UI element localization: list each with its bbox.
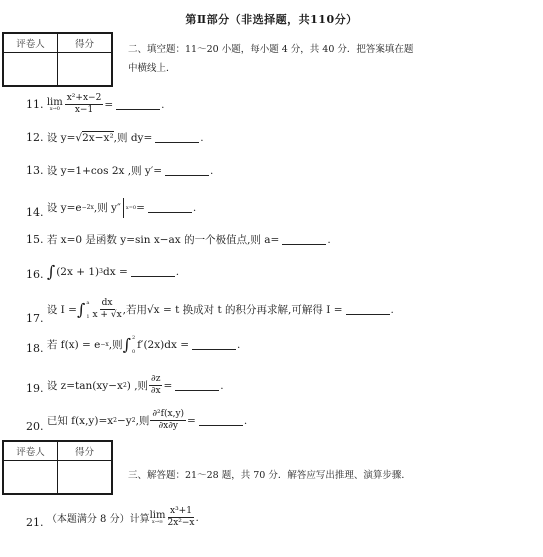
question-text: (2x + 1) [56,266,99,278]
grader-cell[interactable] [3,461,58,495]
question-20: 20. 已知 f(x,y)=x2−y2 ,则 ∂²f(x,y) ∂x∂y = . [26,408,247,433]
numerator: x²+x−2 [65,93,104,105]
equals: = [136,202,145,214]
limit-operator: limx→0 [47,98,63,112]
period: . [161,99,164,111]
denominator: 2x²−x [167,518,194,529]
section-2-line-2: 中横线上． [128,59,413,78]
question-18: 18. 若 f(x) = e−x ,则 ∫ 2 0 f′(2x)dx = . [26,334,240,355]
score-header: 得分 [58,33,113,53]
question-16: 16. ∫ (2x + 1)3 dx = . [26,262,179,281]
evaluation-bar [123,198,124,218]
radicand: 2x−x² [82,131,114,144]
question-number: 16. [26,268,44,281]
question-text: 设 I = [47,302,77,317]
answer-blank-19[interactable] [175,380,219,391]
limit-subscript: x→∞ [152,520,163,525]
denominator: x−1 [75,105,93,116]
numerator: dx [100,298,115,310]
question-number: 15. [26,233,44,246]
upper-limit: 2 [132,335,135,341]
grader-header: 评卷人 [3,441,58,461]
equals: = [187,415,196,427]
limit-subscript: x→0 [50,107,60,112]
answer-blank-12[interactable] [155,132,199,143]
integral-sign: ∫ [47,264,55,280]
question-text: ,则 dy= [114,130,153,145]
question-text: ,则 [136,413,150,428]
answer-blank-18[interactable] [192,339,236,350]
period: . [176,266,179,278]
period: . [200,132,203,144]
question-number: 20. [26,420,44,433]
grader-header: 评卷人 [3,33,58,53]
answer-blank-14[interactable] [148,202,192,213]
question-number: 13. [26,164,44,177]
question-number: 14. [26,206,44,219]
section-2-line-1: 二、填空题：11～20 小题，每小题 4 分，共 40 分．把答案填在题 [128,40,413,59]
question-text: （本题满分 8 分）计算 [47,510,150,525]
numerator: ∂²f(x,y) [150,409,186,421]
integral-sign: ∫ [123,337,131,353]
section-3-instructions: 三、解答题：21～28 题，共 70 分．解答应写出推理、演算步骤． [128,466,411,485]
answer-blank-16[interactable] [131,266,175,277]
section-2-instructions: 二、填空题：11～20 小题，每小题 4 分，共 40 分．把答案填在题 中横线… [128,40,413,78]
question-text: ) ,则 [127,378,148,393]
answer-blank-17[interactable] [346,304,390,315]
numerator: x³+1 [168,506,194,518]
limit-operator: limx→∞ [150,511,166,525]
grader-cell[interactable] [3,53,58,87]
exponent: −2x [82,204,94,211]
period: . [196,512,199,524]
question-17: 17. 设 I = ∫ a 1 dx x + √x ,若用√x = t 换成对 … [26,294,394,325]
equals: = [104,99,113,111]
question-number: 19. [26,382,44,395]
question-13: 13. 设 y=1+cos 2x ,则 y′= . [26,163,213,178]
question-text: 设 z=tan(xy−x [47,378,123,393]
period: . [327,234,330,246]
denominator: x + √x [93,310,122,321]
question-text: ,若用√x = t 换成对 t 的积分再求解,可解得 I = [123,302,343,317]
period: . [244,415,247,427]
answer-blank-11[interactable] [116,99,160,110]
question-number: 11. [26,98,44,111]
question-text: 已知 f(x,y)=x [47,413,113,428]
denominator: ∂x [151,386,161,397]
equals: = [163,380,172,392]
question-number: 21. [26,516,44,529]
score-cell[interactable] [58,461,113,495]
integral-limits: 2 0 [132,335,135,355]
question-15: 15. 若 x=0 是函数 y=sin x−ax 的一个极值点,则 a= . [26,232,331,247]
period: . [210,165,213,177]
question-text: f′(2x)dx = [137,339,189,351]
integral-sign: ∫ [77,302,85,318]
question-text: 若 f(x) = e [47,337,101,352]
sqrt-expression: √2x−x² [75,132,113,144]
question-11: 11. limx→0 x²+x−2 x−1 = . [26,93,164,116]
score-header: 得分 [58,441,113,461]
question-number: 12. [26,131,44,144]
question-text: −y [117,415,132,427]
fraction: ∂²f(x,y) ∂x∂y [150,409,186,432]
question-text: 若 x=0 是函数 y=sin x−ax 的一个极值点,则 a= [47,232,279,247]
score-cell[interactable] [58,53,113,87]
numerator: ∂z [149,374,162,386]
question-text: ,则 y″ [94,200,121,215]
question-14: 14. 设 y=e−2x ,则 y″ x=0 = . [26,196,196,219]
lower-limit: 0 [132,349,135,355]
question-text: 设 y=e [47,200,82,215]
question-21: 21. （本题满分 8 分）计算 limx→∞ x³+1 2x²−x . [26,506,199,529]
period: . [220,380,223,392]
fraction: ∂z ∂x [149,374,162,397]
answer-blank-20[interactable] [199,415,243,426]
lower-limit: 1 [86,314,89,320]
question-text: 设 y=1+cos 2x ,则 y′= [47,163,162,178]
fraction: x³+1 2x²−x [167,506,194,529]
page-title: 第Ⅱ部分（非选择题，共110分） [0,11,543,27]
period: . [391,304,394,316]
denominator: ∂x∂y [158,421,177,432]
question-number: 17. [26,312,44,325]
grader-score-table-1: 评卷人 得分 [2,32,113,87]
question-text: dx = [103,266,128,278]
answer-blank-13[interactable] [165,165,209,176]
fraction: x²+x−2 x−1 [65,93,104,116]
question-number: 18. [26,342,44,355]
question-12: 12. 设 y= √2x−x² ,则 dy= . [26,130,204,145]
evaluation-subscript: x=0 [126,205,136,211]
upper-limit: a [86,300,89,306]
period: . [193,202,196,214]
exponent: −x [100,341,108,348]
period: . [237,339,240,351]
question-text: ,则 [109,337,123,352]
integral-limits: a 1 [86,300,89,320]
answer-blank-15[interactable] [282,234,326,245]
question-text: 设 y= [47,130,76,145]
fraction: dx x + √x [93,298,122,321]
grader-score-table-2: 评卷人 得分 [2,440,113,495]
question-19: 19. 设 z=tan(xy−x2 ) ,则 ∂z ∂x = . [26,374,224,397]
